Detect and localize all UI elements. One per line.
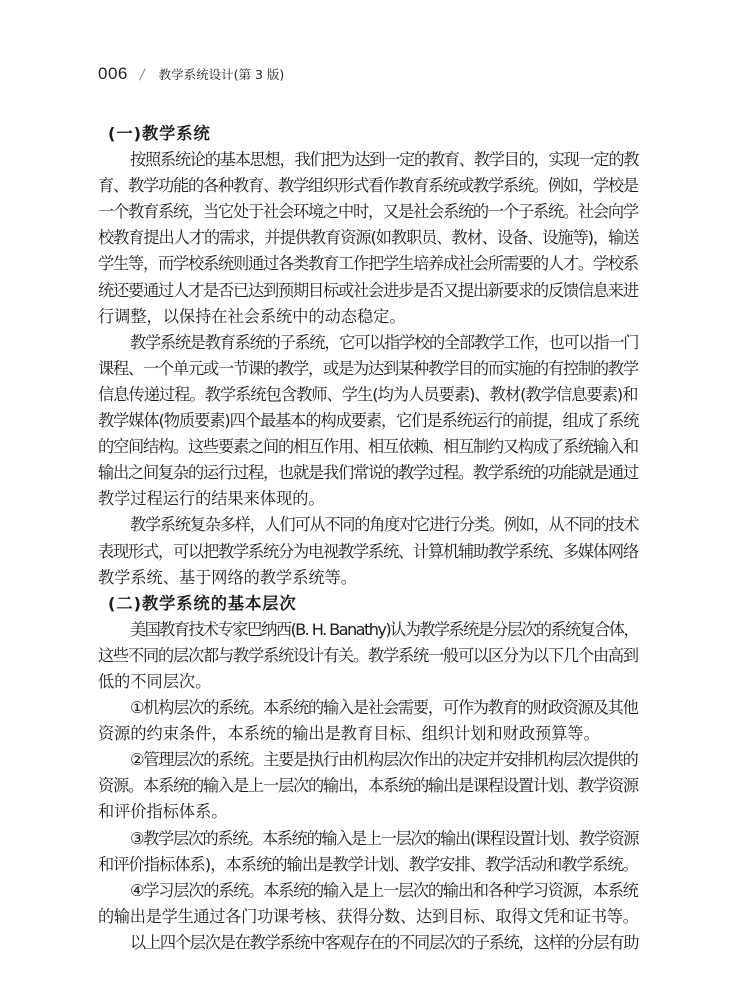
running-header: 006 / 教学系统设计(第 3 版) bbox=[98, 64, 284, 86]
text-line: 资源。本系统的输入是上一层次的输出，本系统的输出是课程设置计划、教学资源 bbox=[98, 773, 638, 799]
text-line: 美国教育技术专家巴纳西(B. H. Banathy)认为教学系统是分层次的系统复… bbox=[98, 617, 638, 643]
text-line: 低的不同层次。 bbox=[98, 669, 638, 695]
text-line: 课程、一个单元或一节课的教学，或是为达到某种教学目的而实施的有控制的教学 bbox=[98, 356, 638, 382]
text-line: 和评价指标体系)，本系统的输出是教学计划、教学安排、教学活动和教学系统。 bbox=[98, 852, 638, 878]
text-line: 表现形式，可以把教学系统分为电视教学系统、计算机辅助教学系统、多媒体网络 bbox=[98, 539, 638, 565]
text-line: 教学系统是教育系统的子系统，它可以指学校的全部教学工作，也可以指一门 bbox=[98, 330, 638, 356]
text-line: 一个教育系统，当它处于社会环境之中时，又是社会系统的一个子系统。社会向学 bbox=[98, 199, 638, 225]
text-line: ②管理层次的系统。主要是执行由机构层次作出的决定并安排机构层次提供的 bbox=[98, 747, 638, 773]
text-line: 教学系统复杂多样，人们可从不同的角度对它进行分类。例如，从不同的技术 bbox=[98, 512, 638, 538]
text-line: 统还要通过人才是否已达到预期目标或社会进步是否又提出新要求的反馈信息来进 bbox=[98, 278, 638, 304]
text-line: 信息传递过程。教学系统包含教师、学生(均为人员要素)、教材(教学信息要素)和 bbox=[98, 382, 638, 408]
text-line: 的输出是学生通过各门功课考核、获得分数、达到目标、取得文凭和证书等。 bbox=[98, 904, 638, 930]
page-body: (一)教学系统按照系统论的基本思想，我们把为达到一定的教育、教学目的，实现一定的… bbox=[98, 121, 638, 956]
text-line: 教学系统、基于网络的教学系统等。 bbox=[98, 565, 638, 591]
page-number: 006 bbox=[98, 64, 128, 84]
text-line: 资源的约束条件，本系统的输出是教育目标、组织计划和财政预算等。 bbox=[98, 721, 638, 747]
text-line: ①机构层次的系统。本系统的输入是社会需要，可作为教育的财政资源及其他 bbox=[98, 695, 638, 721]
text-line: 输出之间复杂的运行过程，也就是我们常说的教学过程。教学系统的功能就是通过 bbox=[98, 460, 638, 486]
section-heading: (二)教学系统的基本层次 bbox=[98, 591, 638, 617]
section-heading: (一)教学系统 bbox=[98, 121, 638, 147]
text-line: 校教育提出人才的需求，并提供教育资源(如教职员、教材、设备、设施等)，输送 bbox=[98, 225, 638, 251]
text-line: 学生等，而学校系统则通过各类教育工作把学生培养成社会所需要的人才。学校系 bbox=[98, 251, 638, 277]
text-line: 行调整，以保持在社会系统中的动态稳定。 bbox=[98, 304, 638, 330]
text-line: 育、教学功能的各种教育、教学组织形式看作教育系统或教学系统。例如，学校是 bbox=[98, 173, 638, 199]
text-line: ④学习层次的系统。本系统的输入是上一层次的输出和各种学习资源，本系统 bbox=[98, 878, 638, 904]
book-title: 教学系统设计(第 3 版) bbox=[159, 65, 285, 83]
text-line: 教学过程运行的结果来体现的。 bbox=[98, 486, 638, 512]
text-line: 按照系统论的基本思想，我们把为达到一定的教育、教学目的，实现一定的教 bbox=[98, 147, 638, 173]
text-line: ③教学层次的系统。本系统的输入是上一层次的输出(课程设置计划、教学资源 bbox=[98, 826, 638, 852]
text-line: 和评价指标体系。 bbox=[98, 799, 638, 825]
header-separator: / bbox=[140, 67, 145, 83]
text-line: 的空间结构。这些要素之间的相互作用、相互依赖、相互制约又构成了系统输入和 bbox=[98, 434, 638, 460]
text-line: 这些不同的层次都与教学系统设计有关。教学系统一般可以区分为以下几个由高到 bbox=[98, 643, 638, 669]
text-line: 以上四个层次是在教学系统中客观存在的不同层次的子系统，这样的分层有助 bbox=[98, 930, 638, 956]
text-line: 教学媒体(物质要素)四个最基本的构成要素，它们是系统运行的前提，组成了系统 bbox=[98, 408, 638, 434]
